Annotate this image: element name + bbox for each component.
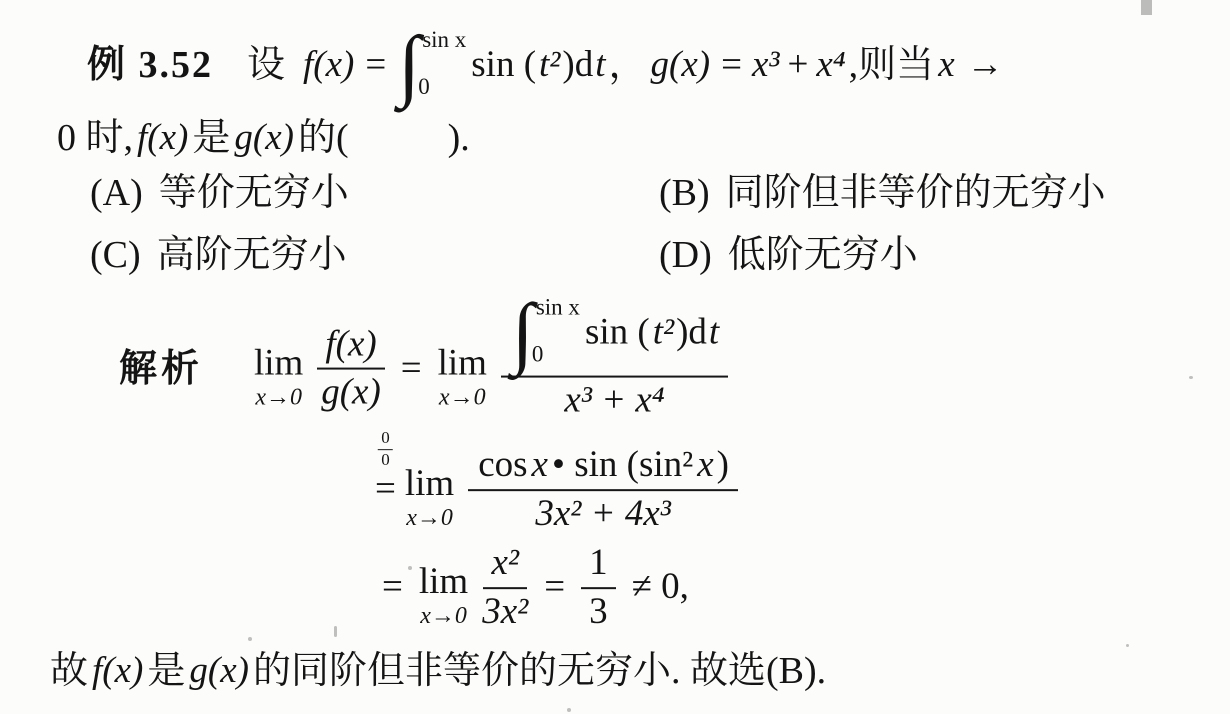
scan-speck (248, 637, 252, 641)
fraction-denominator: 3x² (482, 589, 528, 632)
g-term-1: x³ (752, 46, 780, 85)
f-of-x: f(x) (92, 652, 143, 691)
answer-blank (351, 133, 446, 143)
integral-lower-limit: 0 (532, 343, 544, 366)
fraction-denominator: g(x) (321, 370, 381, 413)
zero-over-zero: 0 0 (378, 429, 393, 469)
lim-word: lim (419, 564, 468, 601)
integrand-argument: t² (539, 46, 560, 85)
scan-speck (1126, 644, 1129, 647)
integral: ∫ sin x 0 (398, 26, 466, 104)
lim-subscript: x→0 (420, 605, 467, 629)
integrand-close: )d (562, 46, 593, 85)
limit-operator: lim x→0 (405, 466, 454, 531)
differential-variable: t (709, 313, 719, 352)
fraction-numerator: x² (483, 544, 527, 589)
fraction-numerator: f(x) (317, 325, 384, 370)
comma: ， (609, 44, 647, 87)
fraction-one-third: 1 3 (581, 544, 616, 632)
equals-sign: = (365, 46, 386, 85)
fraction-numerator: 1 (581, 544, 616, 589)
option-c-text: 高阶无穷小 (157, 234, 347, 277)
lim-word: lim (405, 466, 454, 503)
equals-sign: = (401, 350, 422, 389)
equals-sign: = (375, 471, 396, 510)
option-a: (A) 等价无穷小 (88, 171, 351, 215)
differential-variable: t (595, 46, 605, 85)
cos-function: cos (478, 446, 527, 485)
integral-limits: sin x 0 (422, 26, 466, 104)
scan-artifact-corner (1141, 0, 1152, 15)
scan-speck (334, 626, 337, 637)
scan-speck (1189, 376, 1193, 379)
integrand-function: sin ( (585, 313, 650, 352)
g-of-x: g(x) (234, 119, 294, 158)
x-variable: x (532, 446, 548, 485)
not-equal-zero: ≠ 0, (632, 569, 689, 608)
equals-sign: = (721, 46, 742, 85)
equation-1: lim x→0 f(x) g(x) = lim x→0 ∫ sin x 0 si… (247, 306, 735, 433)
limit-operator: lim x→0 (438, 345, 487, 410)
g-of-x: g(x) (651, 46, 711, 85)
integrand-close: )d (676, 313, 707, 352)
limit-operator: lim x→0 (419, 564, 468, 629)
fraction-denominator: 3 (589, 589, 608, 632)
conclusion-line: 故 f(x) 是 g(x) 的同阶但非等价的无穷小. 故选(B). (48, 648, 828, 694)
equation-2: 0 0 = lim x→0 cos x • sin (sin² x ) 3x² … (373, 446, 745, 534)
problem-line-2: 0 时, f(x) 是 g(x) 的( ). (55, 116, 472, 160)
option-b: (B) 同阶但非等价的无穷小 (657, 171, 1108, 215)
paren-close: ) (717, 446, 729, 485)
conclusion-prefix: 故 (50, 650, 88, 693)
fraction-cos-sin: cos x • sin (sin² x ) 3x² + 4x³ (468, 446, 738, 534)
line2-prefix: 0 时, (57, 117, 133, 160)
lim-word: lim (254, 345, 303, 382)
integrand-function: sin ( (471, 46, 536, 85)
integral-upper-limit: sin x (422, 28, 466, 51)
dot-and-sin: • sin (sin² (552, 446, 693, 485)
solution-label: 解析 (119, 348, 203, 391)
line2-paren-close: ). (448, 117, 470, 160)
option-c: (C) 高阶无穷小 (88, 233, 349, 277)
plus-sign: + (788, 46, 809, 85)
fraction-numerator: ∫ sin x 0 sin ( t² )d t (501, 294, 728, 378)
option-b-tag: (B) (659, 172, 710, 215)
lim-subscript: x→0 (439, 386, 486, 410)
integral-sign: ∫ (398, 30, 420, 100)
fraction-denominator: 3x² + 4x³ (535, 491, 671, 534)
lim-subscript: x→0 (406, 507, 453, 531)
fraction-denominator: x³ + x⁴ (564, 378, 664, 421)
fraction-f-over-g: f(x) g(x) (317, 325, 384, 413)
option-a-text: 等价无穷小 (159, 172, 349, 215)
mini-numerator: 0 (378, 429, 393, 450)
equals-sign: = (382, 569, 403, 608)
option-b-text: 同阶但非等价的无穷小 (726, 172, 1106, 215)
equals-sign: = (544, 569, 565, 608)
lhopital-equals: 0 0 = (375, 471, 396, 510)
x-variable: x (938, 46, 954, 85)
fraction-x2-over-3x2: x² 3x² (482, 544, 528, 632)
option-d: (D) 低阶无穷小 (657, 233, 920, 277)
lim-word: lim (438, 345, 487, 382)
fraction-integral-over-poly: ∫ sin x 0 sin ( t² )d t x³ + x⁴ (501, 294, 728, 421)
g-term-2: x⁴ (816, 46, 845, 85)
conclusion-text: 的同阶但非等价的无穷小. 故选(B). (253, 650, 826, 693)
problem-tail-text: ,则当 (849, 44, 935, 87)
mini-denominator: 0 (381, 450, 390, 470)
integral-limits: sin x 0 (536, 294, 580, 372)
integral: ∫ sin x 0 (512, 294, 580, 372)
option-d-tag: (D) (659, 234, 712, 277)
problem-lead-text: 设 (247, 44, 285, 87)
scan-speck (567, 708, 571, 712)
lim-subscript: x→0 (255, 386, 302, 410)
g-of-x: g(x) (189, 652, 249, 691)
integral-lower-limit: 0 (418, 75, 430, 98)
f-of-x: f(x) (137, 119, 188, 158)
option-d-text: 低阶无穷小 (728, 234, 918, 277)
example-number-label: 例 3.52 (87, 44, 213, 87)
limit-operator: lim x→0 (254, 345, 303, 410)
arrow-right-icon: → (967, 46, 1004, 85)
fraction-numerator: cos x • sin (sin² x ) (468, 446, 738, 491)
conclusion-middle: 是 (147, 650, 185, 693)
line2-middle: 是 (192, 117, 230, 160)
integrand-argument: t² (653, 313, 674, 352)
integral-sign: ∫ (512, 297, 534, 367)
integral-upper-limit: sin x (536, 296, 580, 319)
option-c-tag: (C) (90, 234, 141, 277)
problem-line-1: 例 3.52 设 f(x) = ∫ sin x 0 sin ( t² )d t … (85, 43, 1006, 87)
option-a-tag: (A) (90, 172, 143, 215)
x-variable: x (697, 446, 713, 485)
equation-3: = lim x→0 x² 3x² = 1 3 ≠ 0, (373, 544, 698, 632)
line2-paren-open: 的( (298, 117, 349, 160)
f-of-x: f(x) (303, 46, 354, 85)
